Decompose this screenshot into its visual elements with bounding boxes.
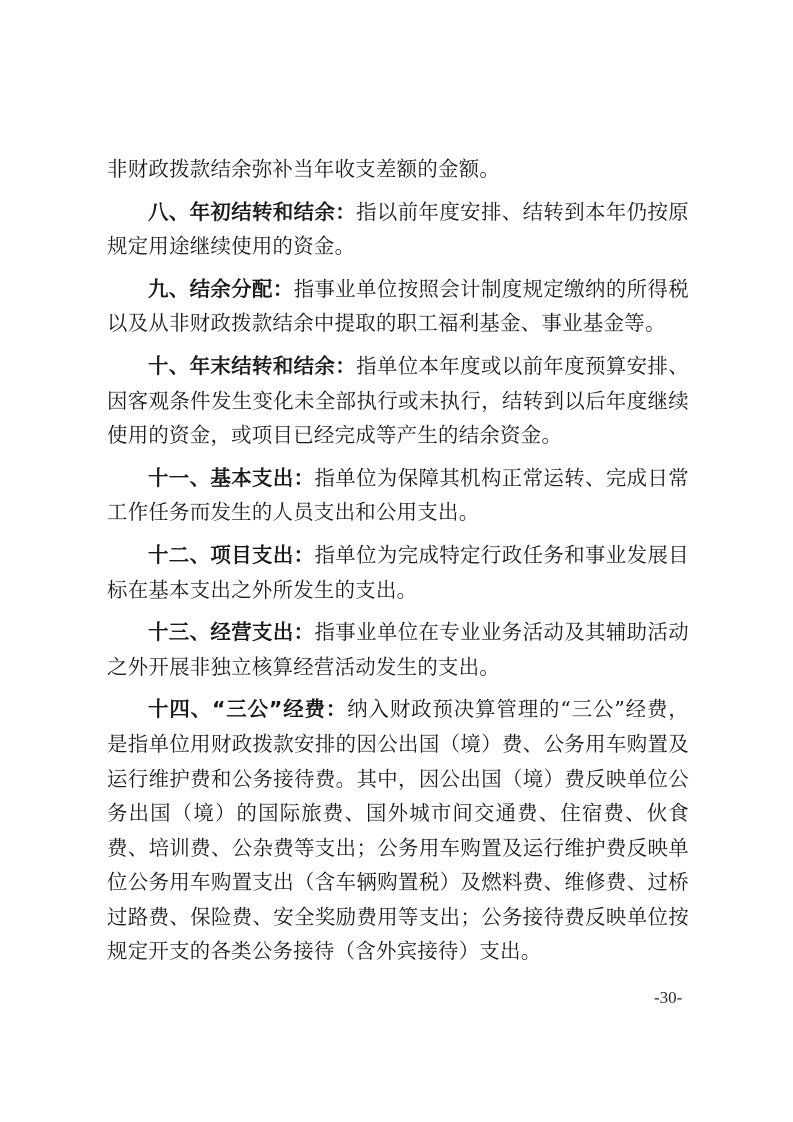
term-heading: 十、年末结转和结余：: [148, 354, 356, 378]
term-heading: 十一、基本支出：: [148, 466, 315, 490]
term-heading: 十三、经营支出：: [148, 620, 315, 644]
document-body: 非财政拨款结余弥补当年收支差额的金额。 八、年初结转和结余：指以前年度安排、结转…: [107, 152, 689, 977]
paragraph-basic-expenditure: 十一、基本支出：指单位为保障其机构正常运转、完成日常工作任务而发生的人员支出和公…: [107, 461, 689, 530]
term-heading: 九、结余分配：: [148, 277, 294, 301]
paragraph-text: 纳入财政预决算管理的“三公”经费，是指单位用财政拨款安排的因公出国（境）费、公务…: [107, 697, 689, 963]
term-heading: 十四、“三公”经费：: [148, 697, 347, 721]
paragraph-year-end-carryover: 十、年末结转和结余：指单位本年度或以前年度预算安排、因客观条件发生变化未全部执行…: [107, 349, 689, 453]
term-heading: 八、年初结转和结余：: [148, 200, 356, 224]
paragraph-year-start-carryover: 八、年初结转和结余：指以前年度安排、结转到本年仍按原规定用途继续使用的资金。: [107, 195, 689, 264]
paragraph-text: 非财政拨款结余弥补当年收支差额的金额。: [107, 157, 500, 181]
term-heading: 十二、项目支出：: [148, 543, 315, 567]
paragraph-operating-expenditure: 十三、经营支出：指事业单位在专业业务活动及其辅助活动之外开展非独立核算经营活动发…: [107, 615, 689, 684]
paragraph-continuation: 非财政拨款结余弥补当年收支差额的金额。: [107, 152, 689, 187]
page-number: -30-: [654, 988, 682, 1008]
paragraph-surplus-distribution: 九、结余分配：指事业单位按照会计制度规定缴纳的所得税以及从非财政拨款结余中提取的…: [107, 272, 689, 341]
paragraph-project-expenditure: 十二、项目支出：指单位为完成特定行政任务和事业发展目标在基本支出之外所发生的支出…: [107, 538, 689, 607]
paragraph-three-public-expenses: 十四、“三公”经费：纳入财政预决算管理的“三公”经费，是指单位用财政拨款安排的因…: [107, 692, 689, 969]
